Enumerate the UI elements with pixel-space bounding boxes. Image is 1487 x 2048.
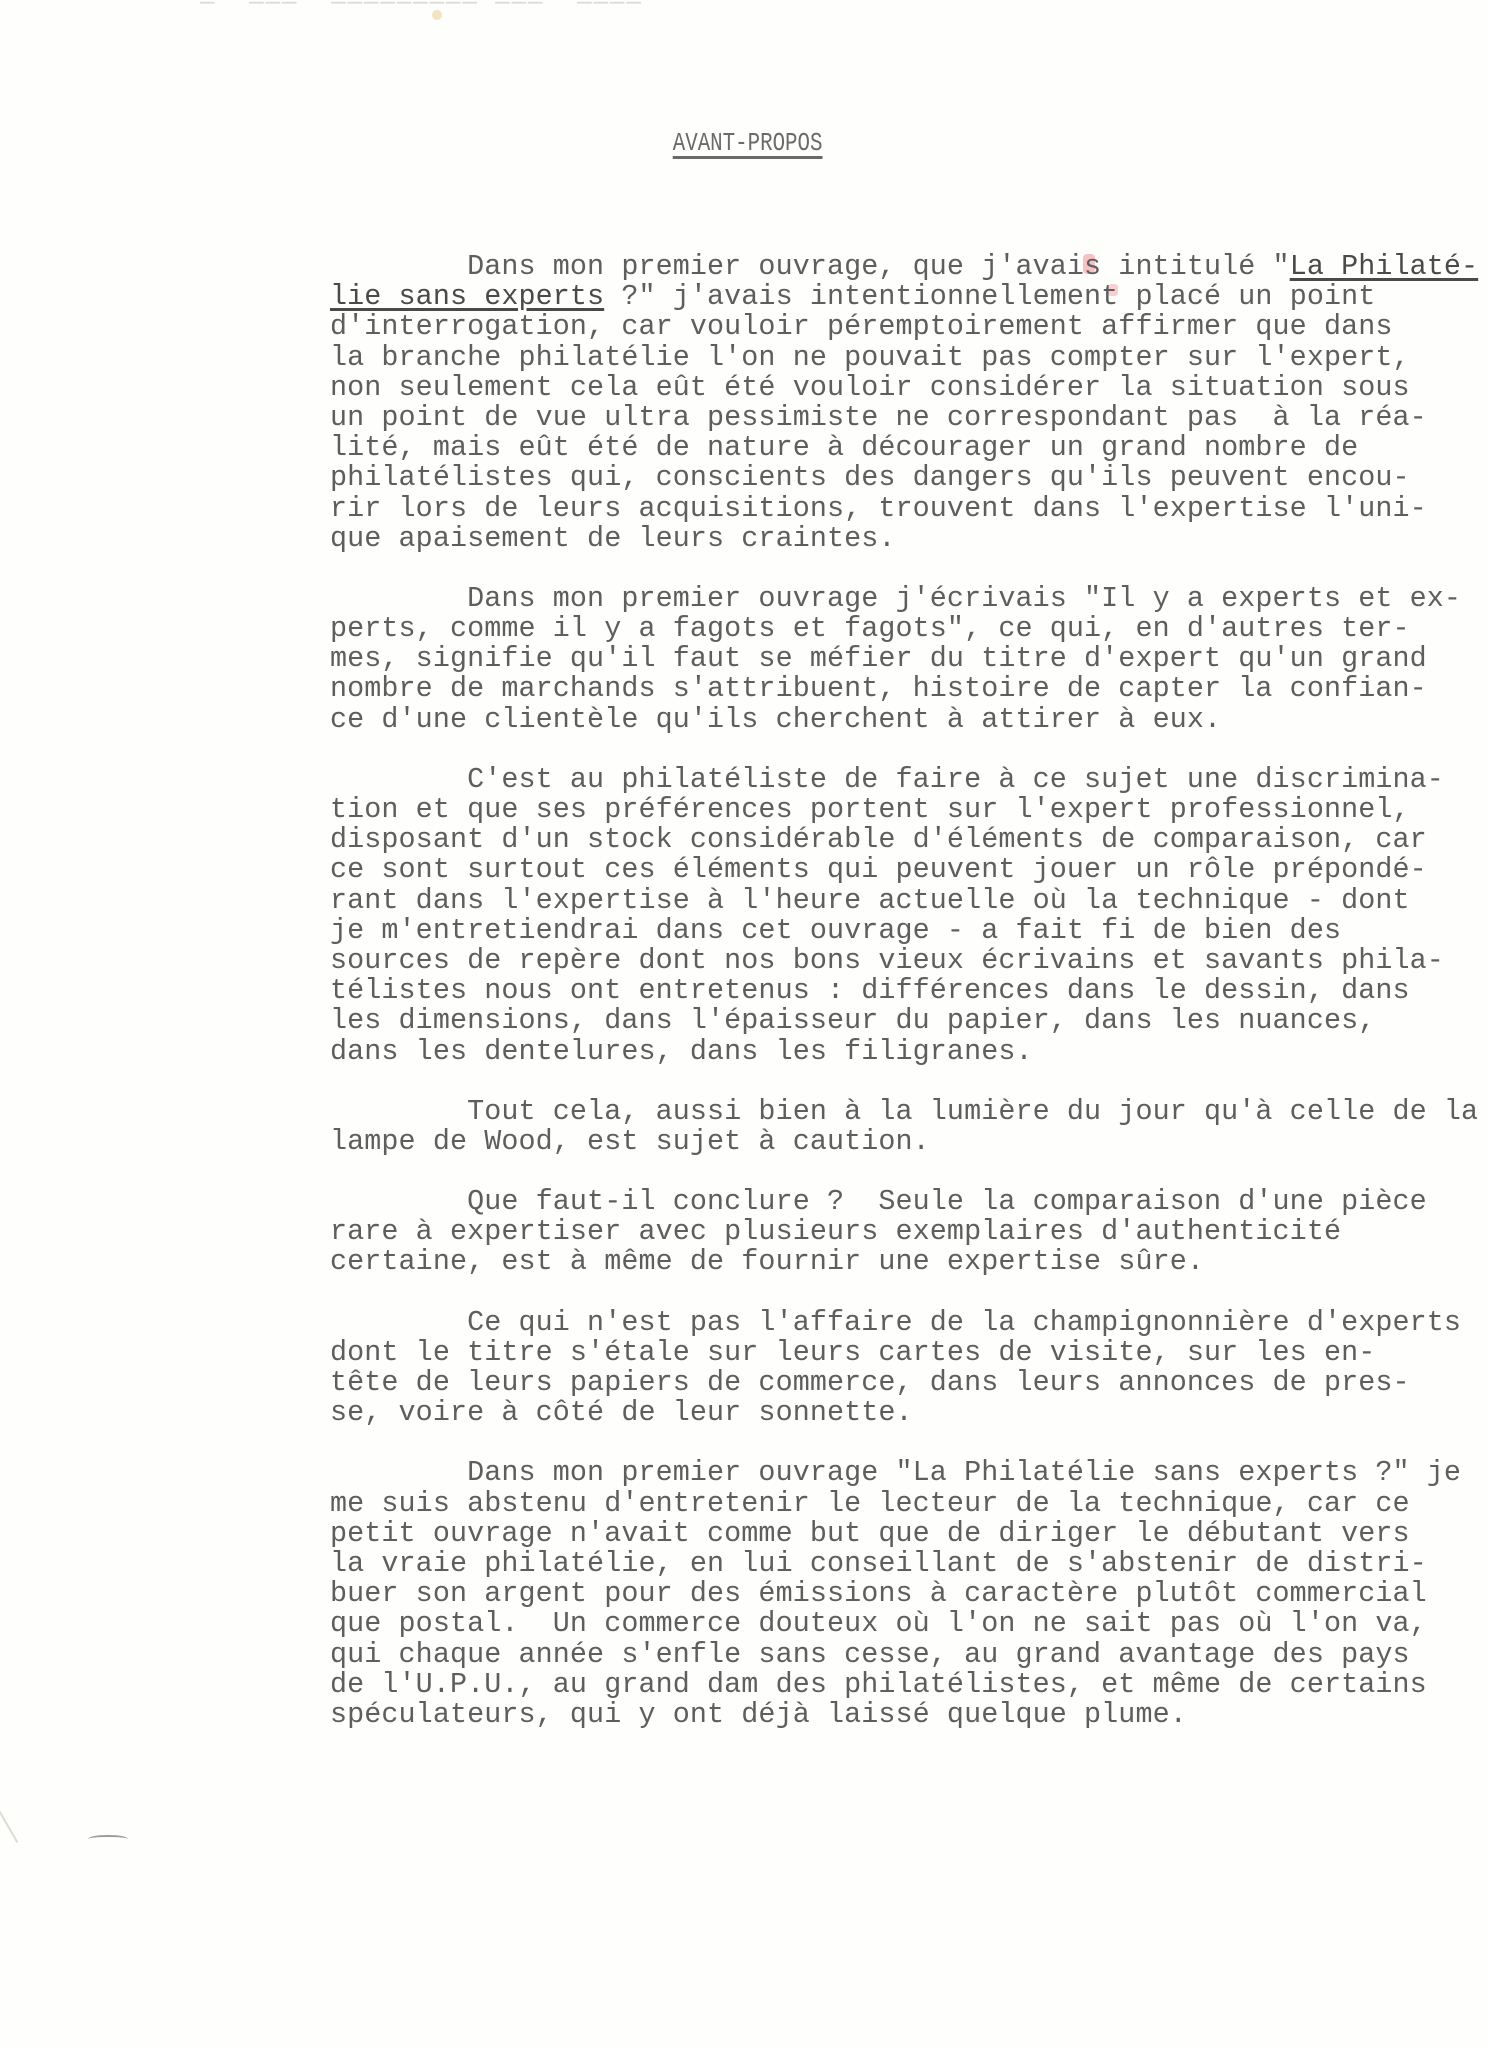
text-line: Dans mon premier ouvrage j'écrivais "Il …	[330, 584, 1460, 614]
text-line: ce d'une clientèle qu'ils cherchent à at…	[330, 705, 1460, 735]
text-line: Que faut-il conclure ? Seule la comparai…	[330, 1187, 1460, 1217]
text-line: sources de repère dont nos bons vieux éc…	[330, 946, 1460, 976]
text-line: que postal. Un commerce douteux où l'on …	[330, 1609, 1460, 1639]
text-line: rare à expertiser avec plusieurs exempla…	[330, 1217, 1460, 1247]
pencil-mark	[88, 1835, 128, 1843]
text-line: Dans mon premier ouvrage "La Philatélie …	[330, 1458, 1460, 1488]
paragraph: Dans mon premier ouvrage "La Philatélie …	[330, 1458, 1460, 1730]
text-line: rir lors de leurs acquisitions, trouvent…	[330, 494, 1460, 524]
text-line: buer son argent pour des émissions à car…	[330, 1579, 1460, 1609]
text-line: dont le titre s'étale sur leurs cartes d…	[330, 1338, 1460, 1368]
text-line: perts, comme il y a fagots et fagots", c…	[330, 614, 1460, 644]
text-span: Dans mon premier ouvrage, que j'avais in…	[330, 250, 1290, 283]
text-line: mes, signifie qu'il faut se méfier du ti…	[330, 644, 1460, 674]
paragraph: Tout cela, aussi bien à la lumière du jo…	[330, 1097, 1460, 1157]
remaining-paragraphs: Dans mon premier ouvrage j'écrivais "Il …	[330, 584, 1460, 1730]
text-line: que apaisement de leurs craintes.	[330, 524, 1460, 554]
text-line: d'interrogation, car vouloir péremptoire…	[330, 312, 1460, 342]
page-title: AVANT-PROPOS	[0, 128, 1487, 158]
text-line: disposant d'un stock considérable d'élém…	[330, 825, 1460, 855]
text-line: télistes nous ont entretenus : différenc…	[330, 976, 1460, 1006]
title-text: AVANT-PROPOS	[665, 128, 823, 158]
text-line: petit ouvrage n'avait comme but que de d…	[330, 1519, 1460, 1549]
text-line: lampe de Wood, est sujet à caution.	[330, 1127, 1460, 1157]
text-line: se, voire à côté de leur sonnette.	[330, 1398, 1460, 1428]
paragraph: Que faut-il conclure ? Seule la comparai…	[330, 1187, 1460, 1278]
paragraph: Ce qui n'est pas l'affaire de la champig…	[330, 1308, 1460, 1429]
text-line: tête de leurs papiers de commerce, dans …	[330, 1368, 1460, 1398]
text-line: non seulement cela eût été vouloir consi…	[330, 373, 1460, 403]
text-line: spéculateurs, qui y ont déjà laissé quel…	[330, 1700, 1460, 1730]
underlined-book-title: La Philaté-	[1290, 250, 1479, 283]
text-line: C'est au philatéliste de faire à ce suje…	[330, 765, 1460, 795]
paragraph: Dans mon premier ouvrage, que j'avais in…	[330, 252, 1460, 554]
text-line: certaine, est à même de fournir une expe…	[330, 1247, 1460, 1277]
document-page: — ——— ————————— ——— ———— AVANT-PROPOS Da…	[0, 0, 1487, 2048]
text-line: un point de vue ultra pessimiste ne corr…	[330, 403, 1460, 433]
paper-scratch	[0, 1797, 36, 1843]
text-line: philatélistes qui, conscients des danger…	[330, 463, 1460, 493]
text-line: Ce qui n'est pas l'affaire de la champig…	[330, 1308, 1460, 1338]
document-body: Dans mon premier ouvrage, que j'avais in…	[330, 252, 1460, 1760]
text-line: qui chaque année s'enfle sans cesse, au …	[330, 1640, 1460, 1670]
text-line: rant dans l'expertise à l'heure actuelle…	[330, 886, 1460, 916]
text-line: je m'entretiendrai dans cet ouvrage - a …	[330, 916, 1460, 946]
text-line: lie sans experts ?" j'avais intentionnel…	[330, 282, 1460, 312]
text-line: lité, mais eût été de nature à décourage…	[330, 433, 1460, 463]
text-line: me suis abstenu d'entretenir le lecteur …	[330, 1489, 1460, 1519]
text-line: la vraie philatélie, en lui conseillant …	[330, 1549, 1460, 1579]
text-line: Dans mon premier ouvrage, que j'avais in…	[330, 252, 1460, 282]
paragraph: C'est au philatéliste de faire à ce suje…	[330, 765, 1460, 1067]
underlined-book-title: lie sans experts	[330, 280, 604, 313]
faded-header-fragment: — ——— ————————— ——— ————	[200, 0, 643, 17]
text-line: nombre de marchands s'attribuent, histoi…	[330, 674, 1460, 704]
paragraph: Dans mon premier ouvrage j'écrivais "Il …	[330, 584, 1460, 735]
text-line: les dimensions, dans l'épaisseur du papi…	[330, 1006, 1460, 1036]
text-line: ce sont surtout ces éléments qui peuvent…	[330, 855, 1460, 885]
text-line: Tout cela, aussi bien à la lumière du jo…	[330, 1097, 1460, 1127]
text-line: dans les dentelures, dans les filigranes…	[330, 1037, 1460, 1067]
text-span: ?" j'avais intentionnellement placé un p…	[604, 280, 1375, 313]
text-line: la branche philatélie l'on ne pouvait pa…	[330, 343, 1460, 373]
text-line: tion et que ses préférences portent sur …	[330, 795, 1460, 825]
text-line: de l'U.P.U., au grand dam des philatélis…	[330, 1670, 1460, 1700]
